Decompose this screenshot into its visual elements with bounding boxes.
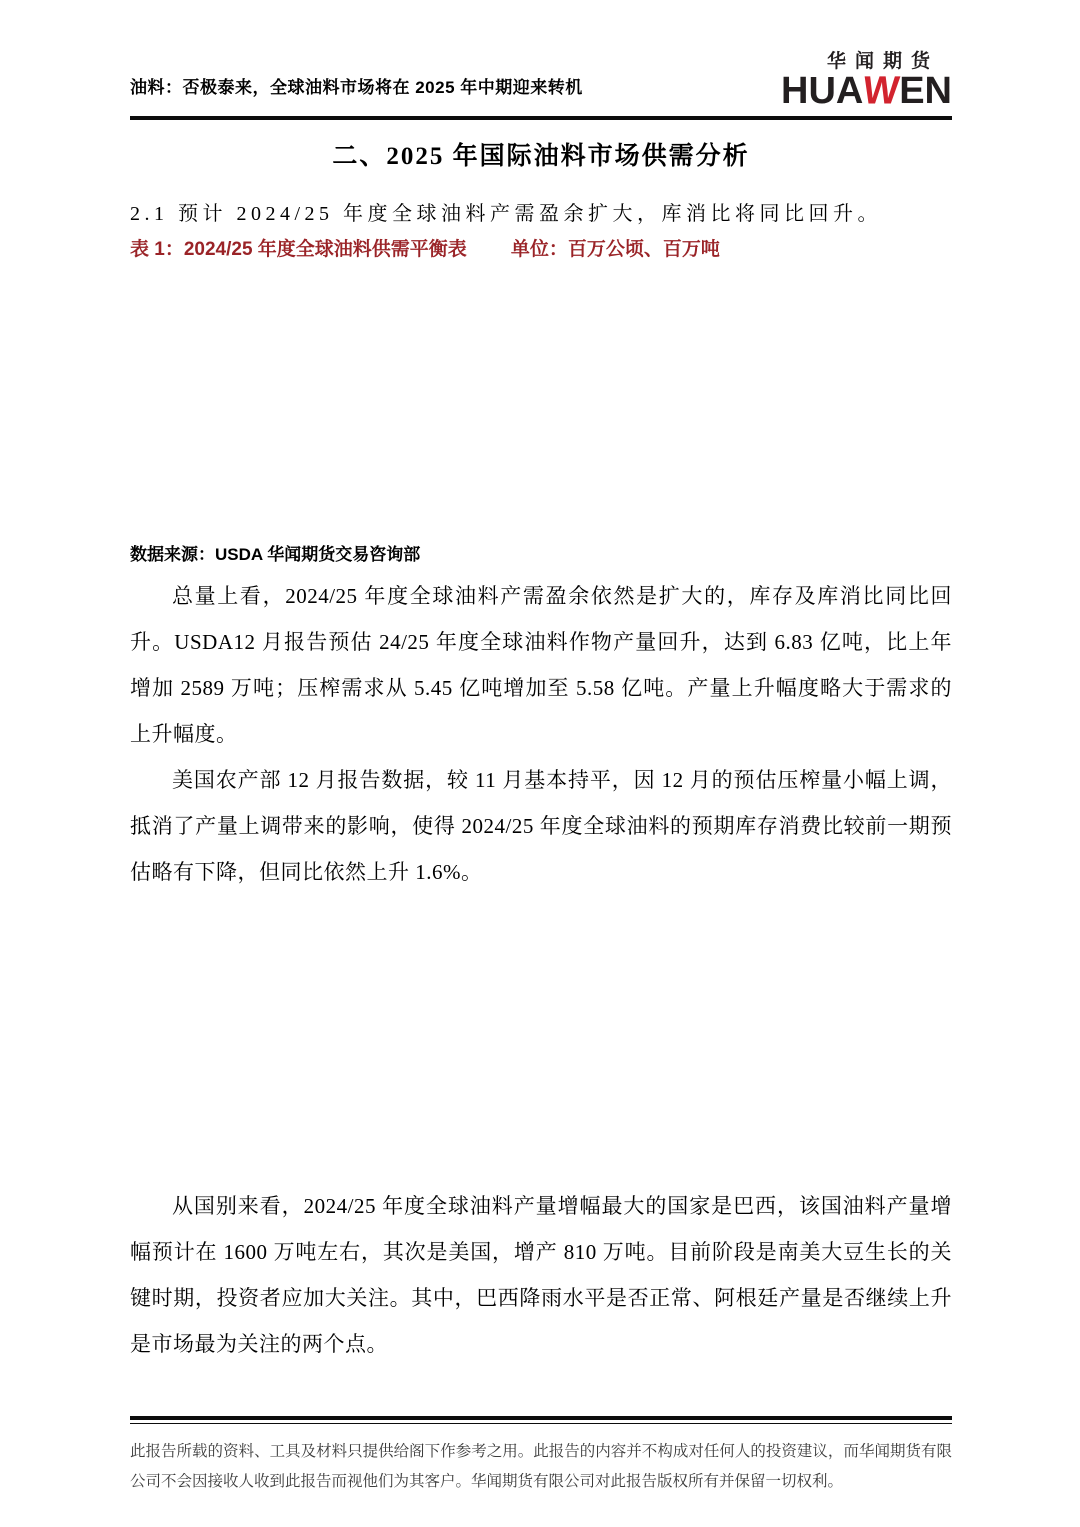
logo-english-name: HUAWEN xyxy=(781,72,952,110)
footer-rule xyxy=(130,1416,952,1424)
table-placeholder xyxy=(130,263,952,543)
logo-chinese-name: 华闻期货 xyxy=(781,52,952,71)
disclaimer-text: 此报告所载的资料、工具及材料只提供给阁下作参考之用。此报告的内容并不构成对任何人… xyxy=(130,1437,952,1497)
data-source-note: 数据来源：USDA 华闻期货交易咨询部 xyxy=(130,543,952,567)
table-unit-label: 单位：百万公顷、百万吨 xyxy=(511,239,720,260)
page-title: 二、2025 年国际油料市场供需分析 xyxy=(130,140,952,174)
report-subject: 油料：否极泰来，全球油料市场将在 2025 年中期迎来转机 xyxy=(130,73,583,112)
section-heading: 2.1 预计 2024/25 年度全球油料产需盈余扩大，库消比将同比回升。 xyxy=(130,200,952,228)
logo-red-w-mark: W xyxy=(861,71,901,111)
page-header: 油料：否极泰来，全球油料市场将在 2025 年中期迎来转机 华闻期货 HUAWE… xyxy=(130,0,952,120)
table-caption-label: 表 1：2024/25 年度全球油料供需平衡表 xyxy=(130,239,467,260)
paragraph-overview: 总量上看，2024/25 年度全球油料产需盈余依然是扩大的，库存及库消比同比回升… xyxy=(130,573,952,757)
header-rule xyxy=(130,116,952,120)
page-footer: 此报告所载的资料、工具及材料只提供给阁下作参考之用。此报告的内容并不构成对任何人… xyxy=(130,1416,952,1497)
logo-en-right: EN xyxy=(899,70,952,112)
report-page: 油料：否极泰来，全球油料市场将在 2025 年中期迎来转机 华闻期货 HUAWE… xyxy=(0,0,1080,1527)
logo-en-left: HUA xyxy=(781,70,863,112)
paragraph-usda-report: 美国农产部 12 月报告数据，较 11 月基本持平，因 12 月的预估压榨量小幅… xyxy=(130,757,952,895)
paragraph-by-country: 从国别来看，2024/25 年度全球油料产量增幅最大的国家是巴西，该国油料产量增… xyxy=(130,1183,952,1367)
figure-placeholder xyxy=(130,895,952,1183)
huawen-logo: 华闻期货 HUAWEN xyxy=(781,52,952,112)
table-caption: 表 1：2024/25 年度全球油料供需平衡表单位：百万公顷、百万吨 xyxy=(130,237,952,263)
